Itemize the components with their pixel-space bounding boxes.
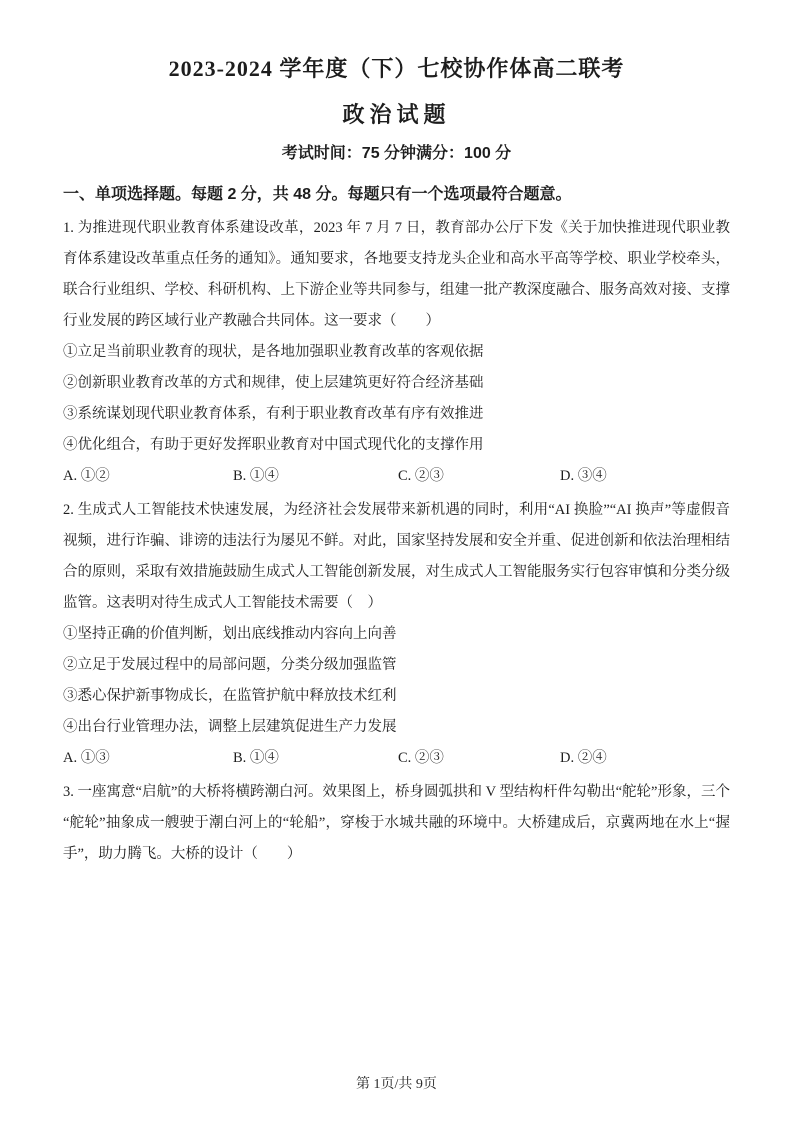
- question-1: 1. 为推进现代职业教育体系建设改革，2023 年 7 月 7 日，教育部办公厅…: [63, 213, 730, 492]
- exam-page: 2023-2024 学年度（下）七校协作体高二联考 政治试题 考试时间：75 分…: [0, 0, 793, 1122]
- question-1-option-d: D. ③④: [560, 461, 730, 492]
- question-1-option-c: C. ②③: [398, 461, 560, 492]
- question-1-option-a: A. ①②: [63, 461, 233, 492]
- page-content: 2023-2024 学年度（下）七校协作体高二联考 政治试题 考试时间：75 分…: [0, 0, 793, 870]
- section-heading: 一、单项选择题。每题 2 分，共 48 分。每题只有一个选项最符合题意。: [63, 182, 730, 207]
- doc-title: 2023-2024 学年度（下）七校协作体高二联考: [63, 54, 730, 84]
- question-3-stem: 3. 一座寓意“启航”的大桥将横跨潮白河。效果图上，桥身圆弧拱和 V 型结构杆件…: [63, 777, 730, 870]
- question-2-stem: 2. 生成式人工智能技术快速发展，为经济社会发展带来新机遇的同时，利用“AI 换…: [63, 495, 730, 619]
- question-1-option-b: B. ①④: [233, 461, 398, 492]
- question-2-options-row: A. ①③ B. ①④ C. ②③ D. ②④: [63, 743, 730, 774]
- question-1-item-4: ④优化组合，有助于更好发挥职业教育对中国式现代化的支撑作用: [63, 430, 730, 461]
- question-1-stem: 1. 为推进现代职业教育体系建设改革，2023 年 7 月 7 日，教育部办公厅…: [63, 213, 730, 337]
- question-2-option-b: B. ①④: [233, 743, 398, 774]
- question-1-item-1: ①立足当前职业教育的现状，是各地加强职业教育改革的客观依据: [63, 337, 730, 368]
- question-2: 2. 生成式人工智能技术快速发展，为经济社会发展带来新机遇的同时，利用“AI 换…: [63, 495, 730, 774]
- question-2-item-4: ④出台行业管理办法，调整上层建筑促进生产力发展: [63, 712, 730, 743]
- question-2-option-a: A. ①③: [63, 743, 233, 774]
- question-2-item-3: ③悉心保护新事物成长，在监管护航中释放技术红利: [63, 681, 730, 712]
- doc-subtitle: 政治试题: [63, 101, 730, 129]
- question-1-item-3: ③系统谋划现代职业教育体系，有利于职业教育改革有序有效推进: [63, 399, 730, 430]
- question-1-item-2: ②创新职业教育改革的方式和规律，使上层建筑更好符合经济基础: [63, 368, 730, 399]
- question-3: 3. 一座寓意“启航”的大桥将横跨潮白河。效果图上，桥身圆弧拱和 V 型结构杆件…: [63, 777, 730, 870]
- question-2-option-c: C. ②③: [398, 743, 560, 774]
- exam-info: 考试时间：75 分钟满分：100 分: [63, 143, 730, 165]
- question-2-item-1: ①坚持正确的价值判断，划出底线推动内容向上向善: [63, 619, 730, 650]
- question-2-item-2: ②立足于发展过程中的局部问题，分类分级加强监管: [63, 650, 730, 681]
- question-1-options-row: A. ①② B. ①④ C. ②③ D. ③④: [63, 461, 730, 492]
- page-number: 第 1页/共 9页: [0, 1076, 793, 1094]
- question-2-option-d: D. ②④: [560, 743, 730, 774]
